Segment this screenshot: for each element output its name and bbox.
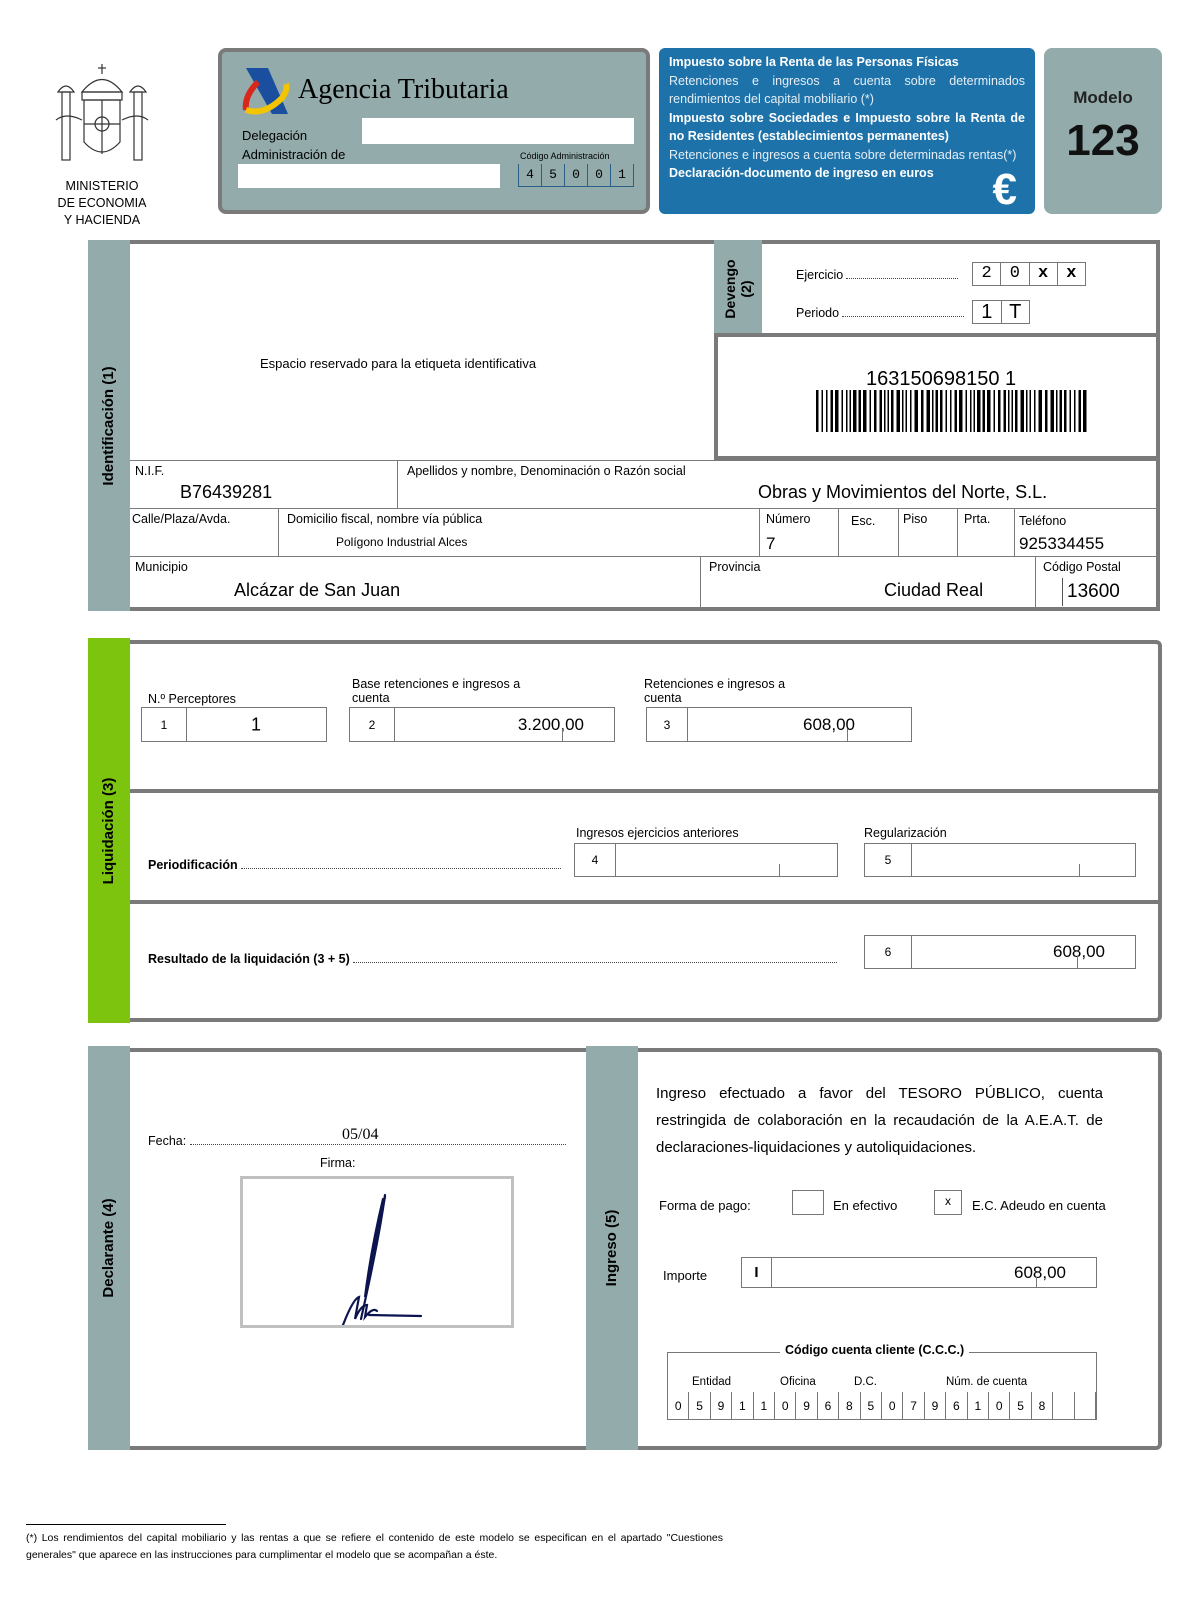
footnote-rule: [26, 1524, 226, 1525]
modelo-label: Modelo: [1044, 88, 1162, 108]
delegacion-field[interactable]: [362, 118, 634, 144]
perceptores-field[interactable]: 1 1: [141, 707, 327, 742]
footnote: (*) Los rendimientos del capital mobilia…: [26, 1530, 723, 1564]
agency-panel: Agencia Tributaria Delegación Administra…: [218, 48, 650, 214]
periodo-digits: 1 T: [972, 300, 1030, 324]
barcode-number: 163150698150 1: [866, 368, 1016, 391]
codigo-digit: 5: [542, 164, 565, 186]
ccc-digit: 0: [668, 1392, 689, 1420]
numero-label: Número: [766, 512, 810, 526]
ejercicio-digit[interactable]: 2: [973, 263, 1001, 285]
ccc-digit: 1: [968, 1392, 989, 1420]
ingreso-section-label: Ingreso (5): [604, 1210, 620, 1287]
domicilio-label: Domicilio fiscal, nombre vía pública: [287, 512, 482, 526]
box-number-5: 5: [865, 844, 912, 876]
ejercicio-digits: 2 0 x x: [972, 262, 1086, 286]
ccc-entidad-label: Entidad: [692, 1376, 731, 1388]
esc-divider: [838, 508, 839, 556]
devengo-sidebar: Devengo (2): [714, 240, 762, 337]
ccc-digit: 5: [689, 1392, 710, 1420]
decimal-tick: [1079, 864, 1080, 876]
decimal-tick: [779, 864, 780, 876]
tax-line-5: Declaración-documento de ingreso en euro…: [669, 164, 1025, 183]
numero-divider: [759, 508, 760, 556]
ccc-digit: 1: [732, 1392, 753, 1420]
municipio-field[interactable]: Alcázar de San Juan: [234, 580, 400, 601]
ingresos-anteriores-label: Ingresos ejercicios anteriores: [576, 826, 739, 840]
provincia-label: Provincia: [709, 560, 760, 574]
ejercicio-digit[interactable]: x: [1030, 263, 1058, 285]
agency-name: Agencia Tributaria: [298, 74, 509, 106]
ingresos-anteriores-field[interactable]: 4: [574, 843, 838, 877]
nif-field[interactable]: B76439281: [180, 482, 272, 503]
name-label: Apellidos y nombre, Denominación o Razón…: [407, 464, 686, 478]
importe-field[interactable]: I 608,00: [741, 1257, 1097, 1288]
perceptores-value: 1: [186, 714, 326, 735]
box-number-6: 6: [865, 936, 912, 968]
name-field[interactable]: Obras y Movimientos del Norte, S.L.: [758, 482, 1047, 503]
efectivo-checkbox[interactable]: [792, 1190, 824, 1215]
liquidacion-divider-2: [130, 900, 1160, 904]
devengo-section-label: Devengo (2): [722, 259, 754, 318]
cp-label: Código Postal: [1043, 560, 1121, 574]
liquidacion-divider-1: [130, 789, 1160, 793]
ccc-digit: 0: [882, 1392, 903, 1420]
liquidacion-section-label: Liquidación (3): [101, 777, 117, 884]
box-number-1: 1: [142, 708, 187, 741]
importe-box-label: I: [742, 1258, 772, 1287]
box-number-4: 4: [575, 844, 616, 876]
declarante-section-label: Declarante (4): [101, 1198, 117, 1297]
ccc-digit: 9: [796, 1392, 817, 1420]
modelo-number: 123: [1044, 116, 1162, 166]
address-row-top: [130, 508, 1156, 509]
liquidacion-sidebar: Liquidación (3): [88, 638, 130, 1023]
modelo-panel: Modelo 123: [1044, 48, 1162, 214]
ccc-digit: 0: [989, 1392, 1010, 1420]
declarante-top-border: [130, 1048, 586, 1052]
nif-row-right: [1156, 460, 1160, 611]
declarante-sidebar: Declarante (4): [88, 1046, 130, 1450]
importe-value: 608,00: [1014, 1263, 1066, 1283]
periodo-label: Periodo: [796, 306, 964, 320]
nif-divider: [397, 460, 398, 508]
ccc-oficina-label: Oficina: [780, 1376, 816, 1388]
forma-pago-label: Forma de pago:: [659, 1198, 751, 1213]
numero-field[interactable]: 7: [766, 534, 775, 554]
fecha-field[interactable]: 05/04: [342, 1126, 378, 1144]
ejercicio-digit[interactable]: x: [1058, 263, 1085, 285]
ejercicio-label-text: Ejercicio: [796, 268, 843, 282]
cp-divider: [1035, 556, 1036, 607]
periodificacion-label: Periodificación: [148, 858, 561, 872]
codigo-digit: 1: [611, 164, 633, 186]
tax-line-2: Retenciones e ingresos a cuenta sobre de…: [669, 72, 1025, 109]
devengo-right-border: [1156, 240, 1160, 337]
euro-icon: €: [993, 168, 1017, 212]
nif-label: N.I.F.: [135, 464, 164, 478]
barcode-icon: [816, 390, 1088, 432]
tax-line-4: Retenciones e ingresos a cuenta sobre de…: [669, 146, 1025, 165]
regularizacion-label: Regularización: [864, 826, 947, 840]
perceptores-label: N.º Perceptores: [148, 692, 236, 706]
tax-description-panel: Impuesto sobre la Renta de las Personas …: [659, 48, 1035, 214]
codigo-digit: 4: [519, 164, 542, 186]
provincia-field[interactable]: Ciudad Real: [884, 580, 983, 601]
telefono-label: Teléfono: [1019, 514, 1066, 528]
identificacion-section-label: Identificación (1): [101, 366, 117, 485]
calle-divider: [278, 508, 279, 556]
resultado-text: Resultado de la liquidación (3 + 5): [148, 952, 350, 966]
prta-label: Prta.: [964, 512, 990, 526]
ccc-digit: 7: [903, 1392, 924, 1420]
ccc-dc-label: D.C.: [854, 1376, 877, 1388]
provincia-divider: [700, 556, 701, 607]
administracion-label: Administración de: [242, 147, 345, 162]
calle-label: Calle/Plaza/Avda.: [132, 512, 230, 526]
ccc-digit: 8: [839, 1392, 860, 1420]
ccc-digit: 1: [754, 1392, 775, 1420]
delegacion-label: Delegación: [242, 128, 307, 143]
ingreso-description: Ingreso efectuado a favor del TESORO PÚB…: [656, 1080, 1103, 1161]
municipio-label: Municipio: [135, 560, 188, 574]
adeudo-checkbox[interactable]: x: [934, 1190, 962, 1215]
barcode-right-border: [1156, 337, 1160, 460]
periodo-digit[interactable]: 1: [973, 301, 1002, 323]
codigo-admin-digits: 4 5 0 0 1: [518, 164, 634, 187]
signature-box[interactable]: [240, 1176, 514, 1328]
codigo-digit: 0: [588, 164, 611, 186]
declarante-bottom-border: [130, 1446, 586, 1450]
decimal-tick: [562, 729, 563, 741]
retenciones-field[interactable]: 3 608,00: [646, 707, 912, 742]
ejercicio-label: Ejercicio: [796, 268, 958, 282]
ccc-digit: 5: [861, 1392, 882, 1420]
telefono-divider: [1014, 508, 1015, 556]
coat-of-arms-icon: [52, 62, 152, 170]
domicilio-field[interactable]: Polígono Industrial Alces: [336, 535, 467, 549]
box-number-3: 3: [647, 708, 688, 741]
periodo-label-text: Periodo: [796, 306, 839, 320]
identificacion-bottom-border: [130, 607, 1160, 611]
piso-label: Piso: [903, 512, 927, 526]
ccc-title: Código cuenta cliente (C.C.C.): [780, 1343, 969, 1357]
importe-label: Importe: [663, 1268, 707, 1283]
ccc-digit: 6: [946, 1392, 967, 1420]
ccc-digits[interactable]: 059110968507961058: [668, 1392, 1096, 1420]
tax-line-1: Impuesto sobre la Renta de las Personas …: [669, 53, 1025, 72]
ccc-digit: [1075, 1392, 1096, 1420]
agency-logo-icon: [238, 66, 294, 116]
firma-label: Firma:: [320, 1156, 355, 1170]
esc-label: Esc.: [851, 514, 875, 528]
ministry-line-1: MINISTERIO: [40, 178, 164, 195]
cp-value: 13600: [1067, 581, 1120, 602]
ccc-digit: 5: [1010, 1392, 1031, 1420]
base-value: 3.200,00: [518, 715, 584, 735]
ministry-line-2: DE ECONOMIA: [40, 195, 164, 212]
fecha-label-text: Fecha:: [148, 1134, 186, 1148]
ministry-name: MINISTERIO DE ECONOMIA Y HACIENDA: [40, 178, 164, 229]
prta-divider: [957, 508, 958, 556]
tax-line-3: Impuesto sobre Sociedades e Impuesto sob…: [669, 109, 1025, 146]
label-space-text: Espacio reservado para la etiqueta ident…: [260, 356, 536, 371]
periodo-digit[interactable]: T: [1002, 301, 1030, 323]
signature-icon: [243, 1179, 511, 1325]
base-label: Base retenciones e ingresos a cuenta: [352, 677, 542, 705]
adeudo-label: E.C. Adeudo en cuenta: [972, 1198, 1106, 1213]
devengo-title: Devengo: [722, 259, 738, 318]
ccc-digit: 0: [775, 1392, 796, 1420]
periodificacion-text: Periodificación: [148, 858, 238, 872]
cp-field[interactable]: 13600: [1062, 578, 1120, 606]
municipio-row-top: [130, 556, 1156, 557]
devengo-bottom-border: [714, 333, 1160, 337]
identificacion-top-border: [130, 240, 714, 244]
piso-divider: [898, 508, 899, 556]
ccc-digit: 9: [711, 1392, 732, 1420]
ccc-digit: 6: [818, 1392, 839, 1420]
regularizacion-field[interactable]: 5: [864, 843, 1136, 877]
codigo-digit: 0: [565, 164, 588, 186]
codigo-admin-label: Código Administración: [520, 151, 610, 161]
barcode-left-border: [714, 337, 718, 460]
ccc-cuenta-label: Núm. de cuenta: [946, 1376, 1027, 1388]
telefono-field[interactable]: 925334455: [1019, 534, 1104, 554]
resultado-label: Resultado de la liquidación (3 + 5): [148, 952, 837, 966]
ejercicio-digit[interactable]: 0: [1001, 263, 1029, 285]
devengo-top-border: [762, 240, 1160, 244]
identificacion-sidebar: Identificación (1): [88, 240, 130, 611]
efectivo-label: En efectivo: [833, 1198, 897, 1213]
resultado-value: 608,00: [1053, 942, 1105, 962]
decimal-tick: [847, 729, 848, 741]
resultado-field[interactable]: 6 608,00: [864, 935, 1136, 969]
ccc-digit: 8: [1032, 1392, 1053, 1420]
base-field[interactable]: 2 3.200,00: [349, 707, 615, 742]
devengo-number: (2): [738, 259, 754, 318]
retenciones-label: Retenciones e ingresos a cuenta: [644, 677, 814, 705]
ccc-group-labels: Entidad Oficina D.C. Núm. de cuenta: [668, 1376, 1096, 1390]
ingreso-sidebar: Ingreso (5): [586, 1046, 638, 1450]
ccc-digit: 9: [925, 1392, 946, 1420]
decimal-tick: [1077, 956, 1078, 968]
ccc-digit: [1053, 1392, 1074, 1420]
box-number-2: 2: [350, 708, 395, 741]
decimal-tick: [1036, 1277, 1037, 1287]
nif-row-top: [130, 460, 1160, 461]
ministry-line-3: Y HACIENDA: [40, 212, 164, 229]
administracion-field[interactable]: [238, 164, 500, 188]
